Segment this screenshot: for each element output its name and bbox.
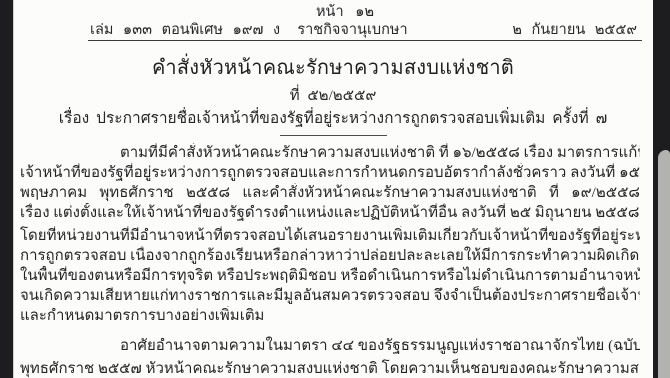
header-gazette-name: ราชกิจจานุเบกษา — [280, 21, 425, 39]
body-line: ในพื้นที่ของตนหรือมีการทุจริต หรือประพฤต… — [20, 266, 640, 286]
body-line: เรื่อง แต่งตั้งและให้เจ้าหน้าที่ของรัฐดำ… — [20, 203, 640, 223]
body-line: เจ้าหน้าที่ของรัฐที่อยู่ระหว่างการถูกตรว… — [20, 163, 640, 183]
body-line: อาศัยอำนาจตามความในมาตรา ๔๔ ของรัฐธรรมนู… — [20, 335, 640, 358]
body-line: โดยที่หน่วยงานที่มีอำนาจหน้าที่ตรวจสอบได… — [20, 226, 640, 246]
body-line: และกำหนดมาตรการบางอย่างเพิ่มเติม — [20, 306, 640, 326]
scan-edge-left — [0, 0, 14, 378]
header-date: ๒ กันยายน ๒๕๕๙ — [512, 21, 637, 39]
header-volume: เล่ม ๑๓๓ ตอนพิเศษ ๑๙๗ ง — [90, 21, 280, 39]
title-divider — [280, 135, 387, 136]
body-line: ตามที่มีคำสั่งหัวหน้าคณะรักษาความสงบแห่ง… — [20, 143, 640, 163]
document-title: คำสั่งหัวหน้าคณะรักษาความสงบแห่งชาติ — [13, 55, 653, 81]
body-line: จนเกิดความเสียหายแก่ทางราชการและมีมูลอัน… — [20, 286, 640, 306]
header-page-number: หน้า ๑๒ — [280, 3, 410, 21]
gazette-page: หน้า ๑๒ เล่ม ๑๓๓ ตอนพิเศษ ๑๙๗ ง ราชกิจจา… — [0, 0, 670, 378]
document-body: ตามที่มีคำสั่งหัวหน้าคณะรักษาความสงบแห่ง… — [20, 143, 640, 378]
body-line: การถูกตรวจสอบ เนื่องจากถูกร้องเรียนหรือก… — [20, 246, 640, 266]
body-line: พุทธศักราช ๒๕๕๗ หัวหน้าคณะรักษาความสงบแห… — [20, 358, 640, 378]
body-line: พฤษภาคม พุทธศักราช ๒๕๕๘ และคำสั่งหัวหน้า… — [20, 183, 640, 203]
header-rule — [88, 40, 642, 41]
title-block: คำสั่งหัวหน้าคณะรักษาความสงบแห่งชาติ ที่… — [13, 55, 653, 136]
scrollbar-thumb[interactable] — [658, 150, 670, 378]
order-number: ที่ ๕๒/๒๕๕๙ — [13, 86, 653, 106]
subject-line: เรื่อง ประกาศรายชื่อเจ้าหน้าที่ของรัฐที่… — [13, 109, 653, 129]
